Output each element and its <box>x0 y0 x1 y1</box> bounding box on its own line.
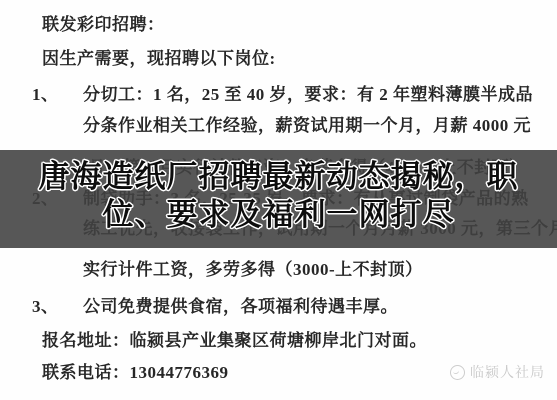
watermark-text: 临颍人社局 <box>470 362 545 382</box>
company-title: 联发彩印招聘： <box>42 10 165 35</box>
job-item-3-number: 3、 <box>32 292 59 317</box>
signup-address-line: 报名地址：临颍县产业集聚区荷塘柳岸北门对面。 <box>42 326 427 351</box>
job-item-1-number: 1、 <box>32 80 59 105</box>
title-overlay-banner: /月，第二月实行计件工资，多劳多得（4000—上不封顶） 2、 制袋助手：3 名… <box>0 150 557 248</box>
watermark: 临颍人社局 <box>450 362 545 382</box>
job-item-1-line-2: 分条作业相关工作经验，薪资试用期一个月，月薪 4000 元 <box>83 111 531 136</box>
article-title-line-2: 位、要求及福利一网打尽 <box>0 196 557 234</box>
job-item-1-line-1: 分切工：1 名，25 至 40 岁，要求：有 2 年塑料薄膜半成品 <box>83 80 533 105</box>
bureau-logo-icon <box>450 365 465 380</box>
job-item-2-tail-line: 实行计件工资，多劳多得（3000-上不封顶） <box>83 255 423 280</box>
recruitment-notice-image: 联发彩印招聘： 因生产需要，现招聘以下岗位: 1、 分切工：1 名，25 至 4… <box>0 0 557 400</box>
contact-phone-line: 联系电话：13044776369 <box>42 358 229 383</box>
article-title-line-1: 唐海造纸厂招聘最新动态揭秘，职 <box>0 158 557 196</box>
job-item-3-text: 公司免费提供食宿，各项福利待遇丰厚。 <box>83 292 398 317</box>
recruit-intro: 因生产需要，现招聘以下岗位: <box>42 44 276 69</box>
